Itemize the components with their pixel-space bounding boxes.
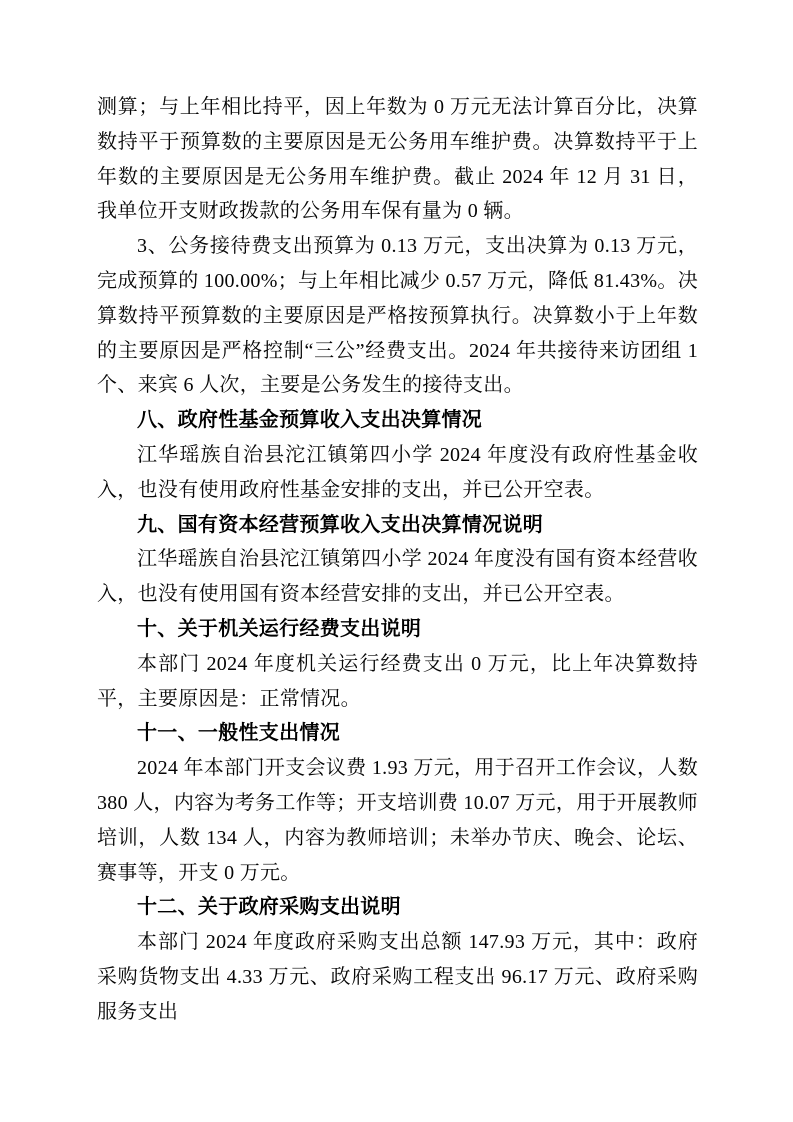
paragraph: 江华瑶族自治县沱江镇第四小学 2024 年度没有国有资本经营收入，也没有使用国有… (97, 542, 698, 612)
paragraph: 3、公务接待费支出预算为 0.13 万元，支出决算为 0.13 万元，完成预算的… (97, 229, 698, 403)
paragraph: 2024 年本部门开支会议费 1.93 万元，用于召开工作会议，人数 380 人… (97, 751, 698, 890)
section-heading: 八、政府性基金预算收入支出决算情况 (97, 403, 698, 438)
paragraph: 江华瑶族自治县沱江镇第四小学 2024 年度没有政府性基金收入，也没有使用政府性… (97, 438, 698, 508)
paragraph: 本部门 2024 年度政府采购支出总额 147.93 万元，其中：政府采购货物支… (97, 925, 698, 1029)
paragraph: 本部门 2024 年度机关运行经费支出 0 万元，比上年决算数持平，主要原因是：… (97, 647, 698, 717)
document-page: 测算；与上年相比持平，因上年数为 0 万元无法计算百分比，决算数持平于预算数的主… (0, 0, 793, 1122)
paragraph: 测算；与上年相比持平，因上年数为 0 万元无法计算百分比，决算数持平于预算数的主… (97, 90, 698, 229)
section-heading: 十、关于机关运行经费支出说明 (97, 612, 698, 647)
section-heading: 九、国有资本经营预算收入支出决算情况说明 (97, 508, 698, 543)
section-heading: 十二、关于政府采购支出说明 (97, 890, 698, 925)
document-content: 测算；与上年相比持平，因上年数为 0 万元无法计算百分比，决算数持平于预算数的主… (97, 90, 698, 1030)
section-heading: 十一、一般性支出情况 (97, 716, 698, 751)
